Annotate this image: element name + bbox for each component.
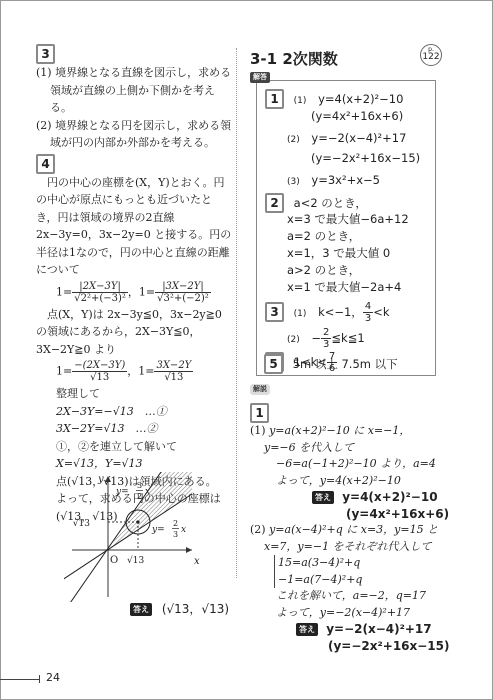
hint-text: 境界線となる円を図示し，求める領域が円の内部か外部かを考える。 [50, 119, 231, 150]
answer-line: a<2 のとき， [294, 196, 367, 210]
denominator: √13 [154, 372, 193, 383]
expl-1-line-3: −6=a(−1+2)²−10 より，a=4 [250, 456, 480, 473]
sub-label: (1) [250, 424, 266, 437]
expl-1-answer-expanded: (y=4x²+16x+6) [250, 506, 480, 523]
explanation-number-box: 1 [250, 403, 269, 423]
intro-paragraph: 円の中心の座標を(X，Y)とおく。円の中心が原点にもっとも近づいたとき，円は領域… [36, 174, 232, 279]
step-organize: 整理して [36, 385, 232, 403]
expl-1-line-4: よって，y=4(x+2)²−10 [250, 473, 480, 490]
item-label: (1) [36, 66, 52, 79]
numerator: 2 [321, 327, 331, 339]
expl-1-line-1: (1) y=a(x+2)²−10 に x=−1， [250, 423, 480, 440]
numerator: |2X−3Y| [72, 281, 128, 293]
expl-text: y=a(x+2)²−10 に x=−1， [269, 424, 410, 437]
answer-line: a=2 のとき， [287, 228, 360, 244]
line-y-2-3-x [64, 494, 192, 592]
y-axis-label: y [97, 474, 104, 485]
answer-line: a>2 のとき， [287, 262, 360, 278]
column-divider [236, 48, 237, 578]
answer-number-box: 1 [265, 89, 284, 109]
expl-2-line-1: (2) y=a(x−4)²+q に x=3，y=15 と [250, 522, 480, 539]
line1-var: x [145, 487, 150, 497]
answer-text-expanded: (y=−2x²+16x−15) [311, 151, 420, 165]
line1-num: 3 [137, 481, 142, 490]
denominator: 3 [321, 339, 331, 350]
expl-2-line-3: これを解いて，a=−2，q=17 [250, 588, 480, 605]
answer-text: y=−2(x−4)²+17 [326, 622, 431, 636]
hint-item-2: (2) 境界線となる円を図示し，求める領域が円の内部か外部かを考える。 [36, 117, 232, 152]
fraction: −(2X−3Y)√13 [72, 360, 127, 383]
line1-den: 2 [137, 492, 142, 501]
problem-number-box: 4 [36, 154, 55, 174]
answer-text: (√13，√13) [162, 602, 229, 616]
denominator: √2²+(−3)² [72, 293, 128, 304]
answer-number-box: 5 [264, 354, 283, 374]
left-column: 3 (1) 境界線となる直線を図示し，求める領域が直線の上側か下側かを考える。 … [36, 44, 232, 525]
answer-box: 1 (1) y=4(x+2)²−10 (y=4x²+16x+6) (2) y=−… [256, 80, 436, 376]
sub-label: (3) [287, 177, 300, 187]
eq-lhs: ，1= [128, 285, 155, 298]
fraction: 3X−2Y√13 [154, 360, 193, 383]
answer-1-3: (3) y=3x²+x−5 [287, 173, 380, 187]
expl-2-line-4: よって，y=−2(x−4)²+17 [250, 605, 480, 622]
hint-item-1: (1) 境界線となる直線を図示し，求める領域が直線の上側か下側かを考える。 [36, 64, 232, 117]
distance-equations: 1=|2X−3Y|√2²+(−3)²，1=|3X−2Y|√3²+(−2)² [36, 281, 232, 304]
answer-3: 3 (1) k<−1，43<k [265, 301, 389, 324]
numerator: −(2X−3Y) [72, 360, 127, 372]
answer-badge: 答え [296, 623, 318, 636]
equation-1: 2X−3Y=−√13 …① [36, 403, 232, 421]
coordinate-graph: y x O √13 √13 y= 3 2 x y= 2 3 x [64, 472, 204, 602]
sub-label: (1) [294, 309, 307, 319]
equation-2: 3X−2Y=√13 …② [36, 420, 232, 438]
answer-text: k<−1， [318, 305, 363, 319]
answer-badge: 答え [130, 603, 152, 616]
simplified-equations: 1=−(2X−3Y)√13，1=3X−2Y√13 [36, 360, 232, 383]
problem-3: 3 (1) 境界線となる直線を図示し，求める領域が直線の上側か下側かを考える。 … [36, 44, 232, 152]
line2-label: y= [151, 525, 165, 535]
answer-1-2: (2) y=−2(x−4)²+17 [287, 131, 406, 145]
line2-den: 3 [173, 530, 178, 539]
page-ref-number: 122 [422, 52, 439, 62]
explanation-label: 解説 [250, 384, 270, 395]
eq-lhs: 1= [56, 365, 72, 378]
answer-2: 2 a<2 のとき， [265, 193, 367, 213]
eq-lhs: ，1= [127, 365, 154, 378]
fraction: 23 [321, 327, 331, 350]
sub-label: (2) [250, 523, 266, 536]
origin-label: O [110, 555, 118, 566]
answer-line: x=3 で最大値−6a+12 [287, 211, 409, 227]
x-axis-arrow [186, 547, 192, 553]
fraction: |2X−3Y|√2²+(−3)² [72, 281, 128, 304]
answer-text: y=3x²+x−5 [311, 173, 380, 187]
numerator: 4 [363, 301, 373, 313]
answer-text: <k [373, 305, 389, 319]
step-solve: ①，②を連立して解いて [36, 438, 232, 456]
expl-1-line-2: y=−6 を代入して [250, 440, 480, 457]
problem-number-box: 3 [36, 44, 55, 64]
answer-number-box: 3 [265, 302, 284, 322]
sub-label: (2) [287, 135, 300, 145]
footer-rule [0, 679, 39, 680]
answer-badge: 答え [312, 491, 334, 504]
footer-rule-tick [39, 675, 40, 683]
expl-1-answer: 答え y=4(x+2)²−10 [250, 489, 480, 506]
solution: X=√13，Y=√13 [36, 455, 232, 473]
answer-line: x=1 で最大値−2a+4 [287, 279, 401, 295]
problem4-answer: 答え (√13，√13) [130, 600, 229, 617]
denominator: √3²+(−2)² [155, 293, 211, 304]
answer-5: 5 5m 以上 7.5m 以下 [264, 354, 398, 374]
y-tick-label: √13 [73, 518, 90, 529]
answer-text: 5m 以上 7.5m 以下 [293, 357, 398, 371]
shaded-region [108, 472, 192, 550]
expl-2-answer-expanded: (y=−2x²+16x−15) [250, 638, 480, 655]
item-label: (2) [36, 119, 52, 132]
denominator: √13 [72, 372, 127, 383]
answer-text: ≦k≦1 [331, 331, 364, 345]
hint-text: 境界線となる直線を図示し，求める領域が直線の上側か下側かを考える。 [50, 66, 231, 114]
expl-2-line-2: x=7，y=−1 をそれぞれ代入して [250, 539, 480, 556]
expl-text: y=a(x−4)²+q に x=3，y=15 と [269, 523, 438, 536]
sub-label: (1) [294, 96, 307, 106]
denominator: 3 [363, 313, 373, 324]
numerator: 3X−2Y [154, 360, 193, 372]
explanation: 1 (1) y=a(x+2)²−10 に x=−1， y=−6 を代入して −6… [250, 403, 480, 654]
system-eq-1: 15=a(3−4)²+q [274, 555, 480, 572]
answer-3-2: (2) −23≦k≦1 [287, 327, 365, 350]
x-axis-label: x [194, 556, 200, 567]
answers-label: 解答 [250, 72, 270, 83]
answer-1: 1 (1) y=4(x+2)²−10 [265, 89, 403, 109]
answer-text: y=4(x+2)²−10 [318, 92, 403, 106]
region-paragraph: 点(X，Y)は 2x−3y≦0，3x−2y≧0 の領域にあるから，2X−3Y≦0… [36, 306, 232, 359]
circle-center [136, 520, 139, 523]
system-of-equations: 15=a(3−4)²+q −1=a(7−4)²+q [250, 555, 480, 588]
sub-label: (2) [287, 335, 300, 345]
region-graph: y x O √13 √13 y= 3 2 x y= 2 3 x [64, 472, 204, 606]
answer-text: y=4(x+2)²−10 [342, 490, 437, 504]
answer-text-expanded: (y=4x²+16x+6) [311, 109, 403, 123]
expl-2-answer: 答え y=−2(x−4)²+17 [250, 621, 480, 638]
x-tick-label: √13 [127, 555, 144, 566]
page-reference-badge: p. 122 [420, 44, 442, 66]
fraction: |3X−2Y|√3²+(−2)² [155, 281, 211, 304]
line1-label: y= [115, 487, 129, 497]
answer-text: y=−2(x−4)²+17 [311, 131, 406, 145]
section-title: 3-1 2次関数 [250, 48, 338, 69]
line2-var: x [181, 525, 186, 535]
problem-4: 4 円の中心の座標を(X，Y)とおく。円の中心が原点にもっとも近づいたとき，円は… [36, 154, 232, 526]
eq-lhs: 1= [56, 285, 72, 298]
numerator: |3X−2Y| [155, 281, 211, 293]
line2-num: 2 [173, 519, 178, 528]
answer-line: x=1，3 で最大値 0 [287, 245, 390, 261]
y-axis-arrow [105, 476, 111, 482]
fraction: 43 [363, 301, 373, 324]
answer-text: − [311, 331, 321, 345]
page-number: 24 [46, 671, 60, 684]
system-eq-2: −1=a(7−4)²+q [274, 572, 480, 589]
answer-number-box: 2 [265, 193, 284, 213]
